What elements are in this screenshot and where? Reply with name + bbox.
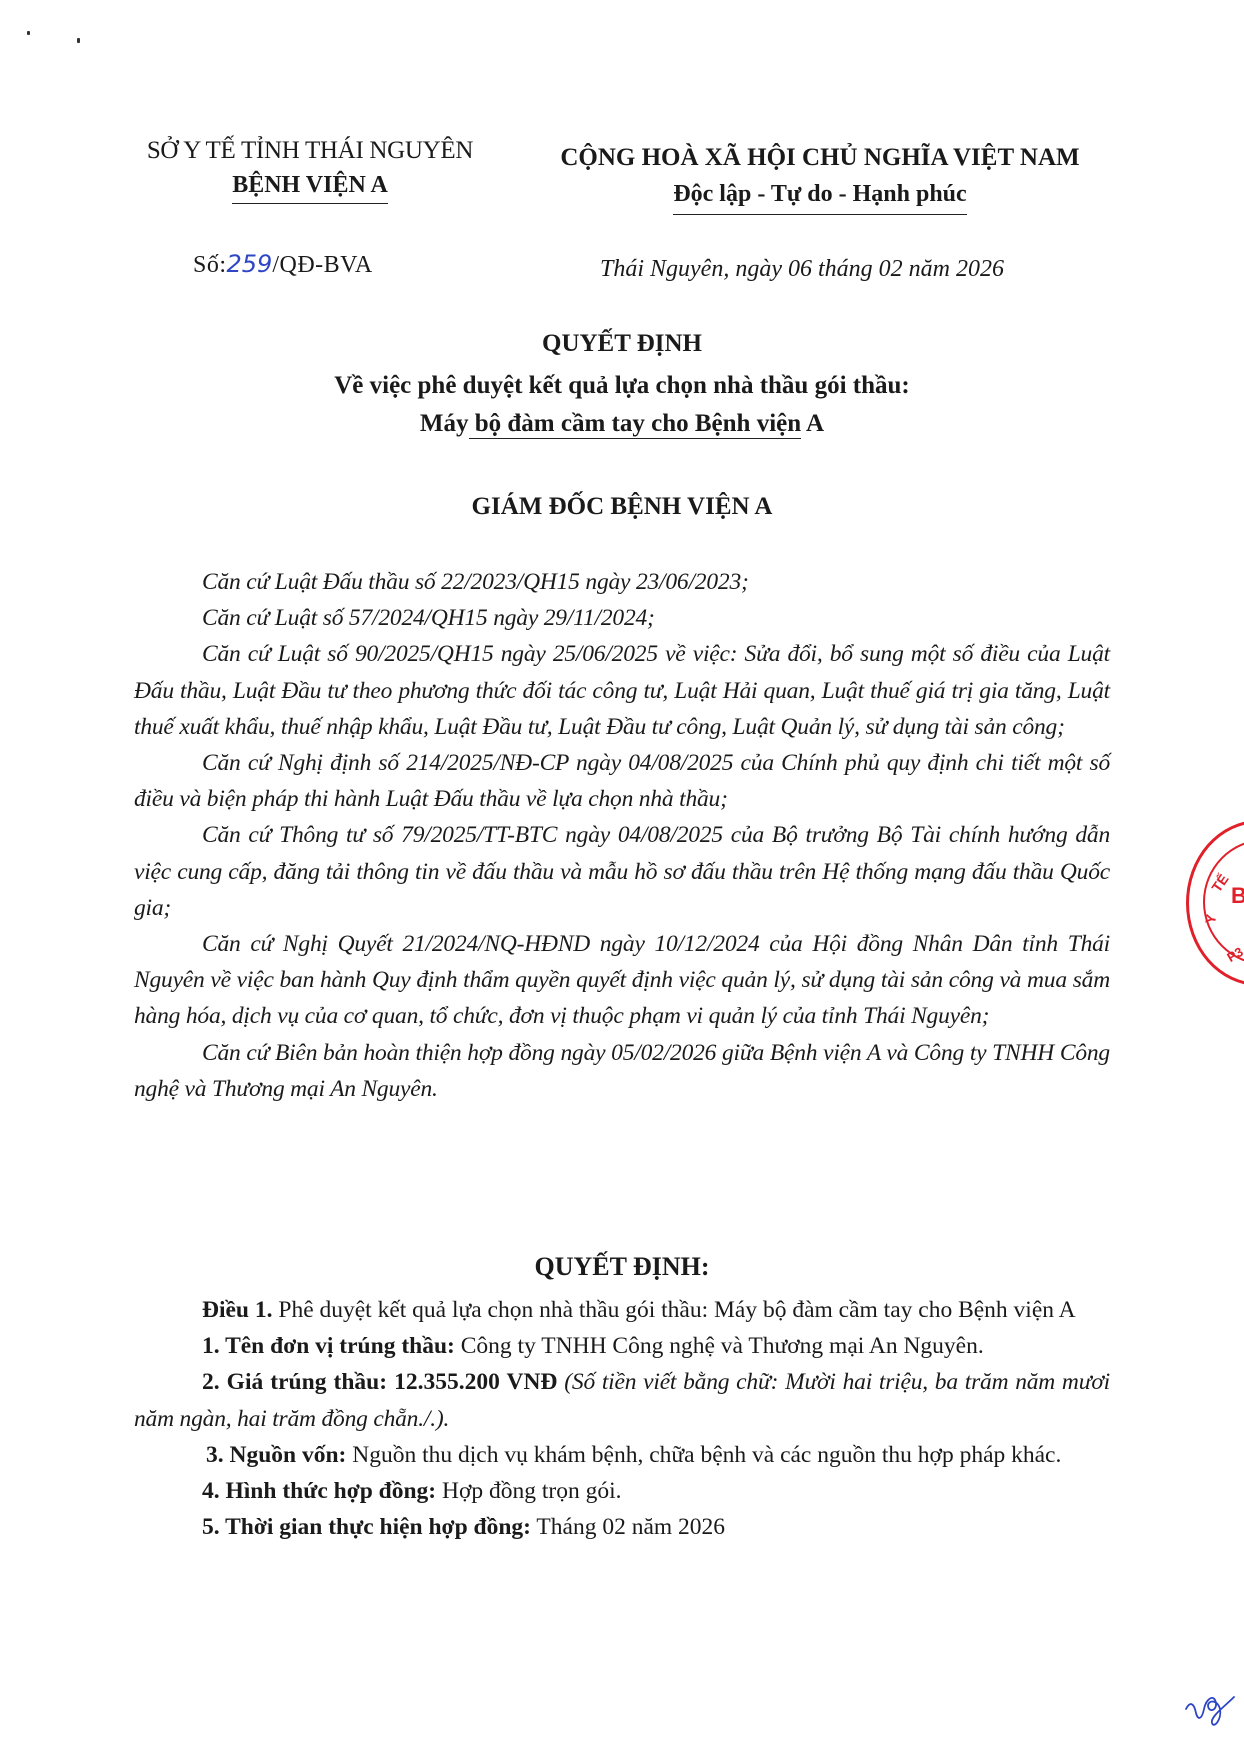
unit-name: BỆNH VIỆN A [232,168,388,204]
decision-body: Điều 1. Phê duyệt kết quả lựa chọn nhà t… [134,1292,1110,1545]
basis-item: Căn cứ Luật số 57/2024/QH15 ngày 29/11/2… [134,600,1110,636]
organization-name: SỞ Y TẾ TỈNH THÁI NGUYÊN [120,134,500,168]
basis-item: Căn cứ Luật Đấu thầu số 22/2023/QH15 ngà… [134,564,1110,600]
document-type: QUYẾT ĐỊNH [0,330,1244,358]
decision-item: 5. Thời gian thực hiện hợp đồng: Tháng 0… [134,1509,1110,1545]
basis-item: Căn cứ Nghị Quyết 21/2024/NQ-HĐND ngày 1… [134,926,1110,1035]
issuing-authority: SỞ Y TẾ TỈNH THÁI NGUYÊN BỆNH VIỆN A [120,134,500,204]
basis-item: Căn cứ Luật số 90/2025/QH15 ngày 25/06/2… [134,636,1110,745]
basis-item: Căn cứ Thông tư số 79/2025/TT-BTC ngày 0… [134,817,1110,926]
article-1: Điều 1. Phê duyệt kết quả lựa chọn nhà t… [134,1292,1110,1328]
basis-item: Căn cứ Biên bản hoàn thiện hợp đồng ngày… [134,1035,1110,1107]
decision-item: 4. Hình thức hợp đồng: Hợp đồng trọn gói… [134,1473,1110,1509]
scan-speck [27,31,30,35]
national-title: CỘNG HOÀ XÃ HỘI CHỦ NGHĨA VIỆT NAM Độc l… [530,140,1110,215]
subject-line-1: Về việc phê duyệt kết quả lựa chọn nhà t… [0,372,1244,400]
decision-item: 1. Tên đơn vị trúng thầu: Công ty TNHH C… [134,1328,1110,1364]
legal-basis: Căn cứ Luật Đấu thầu số 22/2023/QH15 ngà… [134,564,1110,1107]
decision-heading: QUYẾT ĐỊNH: [0,1252,1244,1282]
national-motto: Độc lập - Tự do - Hạnh phúc [673,176,966,215]
place-date: Thái Nguyên, ngày 06 tháng 02 năm 2026 [600,256,1090,283]
country-name: CỘNG HOÀ XÃ HỘI CHỦ NGHĨA VIỆT NAM [530,140,1110,176]
official-seal: Y TẾ B P3 [1186,820,1244,986]
subject-line-2: Máy bộ đàm cầm tay cho Bệnh viện A [0,410,1244,438]
decision-item: 2. Giá trúng thầu: 12.355.200 VNĐ (Số ti… [134,1364,1110,1436]
document-number: Số:259/QĐ-BVA [193,250,373,279]
scan-speck [77,38,80,43]
basis-item: Căn cứ Nghị định số 214/2025/NĐ-CP ngày … [134,745,1110,817]
initial-signature [1184,1683,1240,1731]
decision-item: 3. Nguồn vốn: Nguồn thu dịch vụ khám bện… [134,1437,1110,1473]
handwritten-number: 259 [227,250,273,278]
authority-title: GIÁM ĐỐC BỆNH VIỆN A [0,493,1244,521]
